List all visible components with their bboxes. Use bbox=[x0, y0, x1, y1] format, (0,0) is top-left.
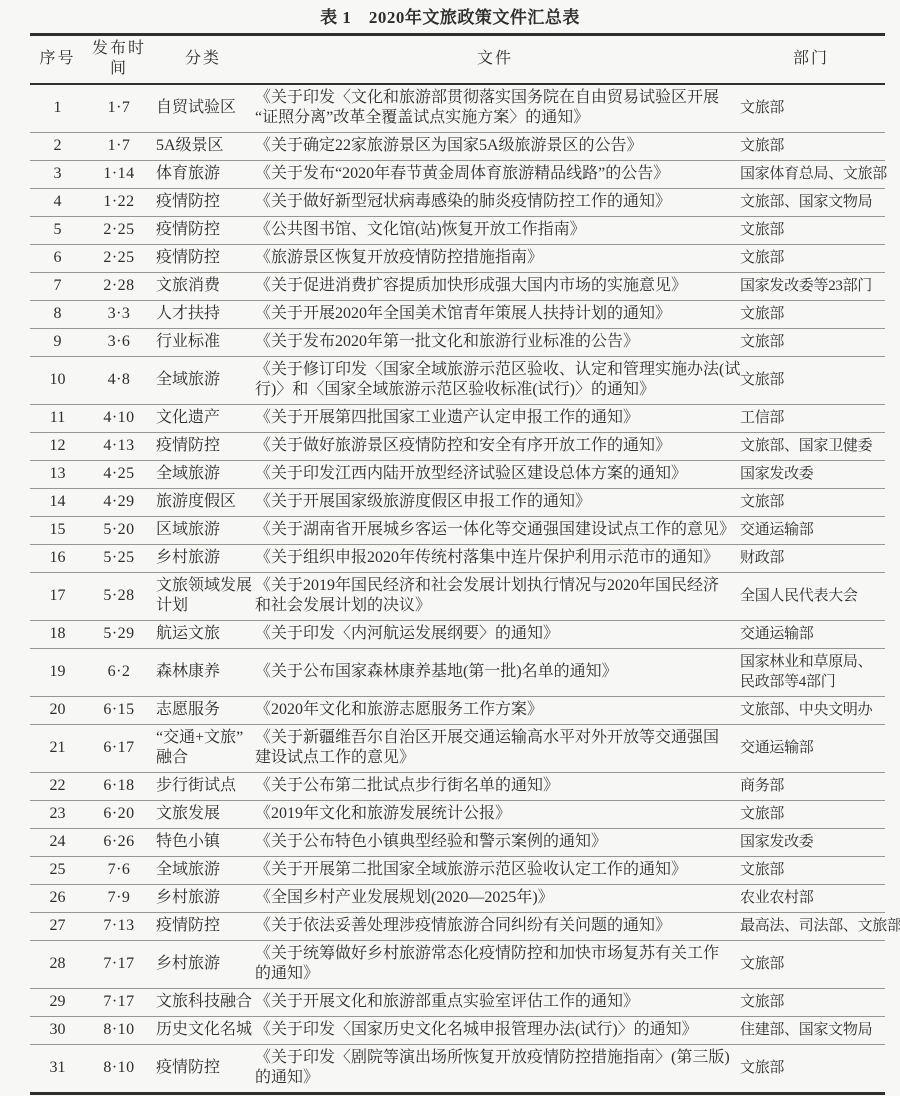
cell-category: 文旅领域发展 计划 bbox=[153, 573, 253, 621]
cell-category: 步行街试点 bbox=[153, 773, 253, 801]
cell-date: 6·15 bbox=[85, 697, 153, 725]
table-row: 29 7·17 文旅科技融合 《关于开展文化和旅游部重点实验室评估工作的通知》 … bbox=[30, 989, 885, 1017]
cell-document: 《关于开展第二批国家全域旅游示范区验收认定工作的通知》 bbox=[253, 857, 737, 885]
cell-no: 16 bbox=[30, 545, 85, 573]
cell-no: 27 bbox=[30, 913, 85, 941]
cell-department: 文旅部 bbox=[737, 989, 885, 1017]
cell-document: 《2020年文化和旅游志愿服务工作方案》 bbox=[253, 697, 737, 725]
cell-no: 14 bbox=[30, 489, 85, 517]
table-row: 10 4·8 全域旅游 《关于修订印发〈国家全域旅游示范区验收、认定和管理实施办… bbox=[30, 357, 885, 405]
table-row: 23 6·20 文旅发展 《2019年文化和旅游发展统计公报》 文旅部 bbox=[30, 801, 885, 829]
table-row: 21 6·17 “交通+文旅” 融合 《关于新疆维吾尔自治区开展交通运输高水平对… bbox=[30, 725, 885, 773]
cell-category: 全域旅游 bbox=[153, 857, 253, 885]
cell-category: 疫情防控 bbox=[153, 217, 253, 245]
cell-date: 8·10 bbox=[85, 1017, 153, 1045]
cell-document: 《关于开展第四批国家工业遗产认定申报工作的通知》 bbox=[253, 405, 737, 433]
cell-category: 乡村旅游 bbox=[153, 941, 253, 989]
cell-category: 文化遗产 bbox=[153, 405, 253, 433]
table-row: 13 4·25 全域旅游 《关于印发江西内陆开放型经济试验区建设总体方案的通知》… bbox=[30, 461, 885, 489]
cell-date: 5·25 bbox=[85, 545, 153, 573]
cell-document: 《关于印发江西内陆开放型经济试验区建设总体方案的通知》 bbox=[253, 461, 737, 489]
cell-department: 文旅部 bbox=[737, 301, 885, 329]
cell-date: 1·14 bbox=[85, 161, 153, 189]
cell-document: 《关于印发〈内河航运发展纲要〉的通知》 bbox=[253, 621, 737, 649]
cell-document: 《关于发布“2020年春节黄金周体育旅游精品线路”的公告》 bbox=[253, 161, 737, 189]
cell-no: 1 bbox=[30, 84, 85, 133]
cell-document: 《关于统筹做好乡村旅游常态化疫情防控和加快市场复苏有关工作 的通知》 bbox=[253, 941, 737, 989]
cell-no: 4 bbox=[30, 189, 85, 217]
cell-date: 7·17 bbox=[85, 941, 153, 989]
cell-date: 6·2 bbox=[85, 649, 153, 697]
cell-category: 文旅科技融合 bbox=[153, 989, 253, 1017]
cell-no: 20 bbox=[30, 697, 85, 725]
cell-document: 《关于新疆维吾尔自治区开展交通运输高水平对外开放等交通强国 建设试点工作的意见》 bbox=[253, 725, 737, 773]
cell-no: 13 bbox=[30, 461, 85, 489]
cell-no: 12 bbox=[30, 433, 85, 461]
cell-department: 文旅部 bbox=[737, 245, 885, 273]
cell-document: 《关于组织申报2020年传统村落集中连片保护利用示范市的通知》 bbox=[253, 545, 737, 573]
cell-no: 10 bbox=[30, 357, 85, 405]
table-row: 3 1·14 体育旅游 《关于发布“2020年春节黄金周体育旅游精品线路”的公告… bbox=[30, 161, 885, 189]
cell-category: 疫情防控 bbox=[153, 913, 253, 941]
cell-no: 2 bbox=[30, 133, 85, 161]
cell-no: 6 bbox=[30, 245, 85, 273]
cell-department: 文旅部 bbox=[737, 489, 885, 517]
cell-department: 财政部 bbox=[737, 545, 885, 573]
table-row: 6 2·25 疫情防控 《旅游景区恢复开放疫情防控措施指南》 文旅部 bbox=[30, 245, 885, 273]
cell-category: 疫情防控 bbox=[153, 245, 253, 273]
cell-category: 特色小镇 bbox=[153, 829, 253, 857]
cell-document: 《关于做好旅游景区疫情防控和安全有序开放工作的通知》 bbox=[253, 433, 737, 461]
cell-no: 21 bbox=[30, 725, 85, 773]
table-row: 9 3·6 行业标准 《关于发布2020年第一批文化和旅游行业标准的公告》 文旅… bbox=[30, 329, 885, 357]
cell-document: 《全国乡村产业发展规划(2020—2025年)》 bbox=[253, 885, 737, 913]
cell-date: 1·7 bbox=[85, 84, 153, 133]
table-row: 2 1·7 5A级景区 《关于确定22家旅游景区为国家5A级旅游景区的公告》 文… bbox=[30, 133, 885, 161]
cell-document: 《关于印发〈文化和旅游部贯彻落实国务院在自由贸易试验区开展 “证照分离”改革全覆… bbox=[253, 84, 737, 133]
cell-document: 《关于发布2020年第一批文化和旅游行业标准的公告》 bbox=[253, 329, 737, 357]
cell-no: 19 bbox=[30, 649, 85, 697]
cell-department: 文旅部 bbox=[737, 857, 885, 885]
cell-no: 24 bbox=[30, 829, 85, 857]
table-body: 1 1·7 自贸试验区 《关于印发〈文化和旅游部贯彻落实国务院在自由贸易试验区开… bbox=[30, 84, 885, 1094]
col-header-category: 分类 bbox=[153, 35, 253, 85]
cell-date: 7·6 bbox=[85, 857, 153, 885]
cell-department: 交通运输部 bbox=[737, 725, 885, 773]
cell-document: 《关于印发〈剧院等演出场所恢复开放疫情防控措施指南〉(第三版) 的通知》 bbox=[253, 1045, 737, 1094]
cell-date: 6·20 bbox=[85, 801, 153, 829]
cell-date: 6·17 bbox=[85, 725, 153, 773]
cell-department: 文旅部 bbox=[737, 133, 885, 161]
table-row: 17 5·28 文旅领域发展 计划 《关于2019年国民经济和社会发展计划执行情… bbox=[30, 573, 885, 621]
cell-date: 5·29 bbox=[85, 621, 153, 649]
cell-document: 《2019年文化和旅游发展统计公报》 bbox=[253, 801, 737, 829]
cell-no: 8 bbox=[30, 301, 85, 329]
cell-category: 森林康养 bbox=[153, 649, 253, 697]
cell-department: 文旅部、国家文物局 bbox=[737, 189, 885, 217]
cell-category: 体育旅游 bbox=[153, 161, 253, 189]
cell-document: 《关于公布国家森林康养基地(第一批)名单的通知》 bbox=[253, 649, 737, 697]
cell-no: 9 bbox=[30, 329, 85, 357]
table-caption: 表 1 2020年文旅政策文件汇总表 bbox=[0, 0, 900, 28]
table-row: 18 5·29 航运文旅 《关于印发〈内河航运发展纲要〉的通知》 交通运输部 bbox=[30, 621, 885, 649]
cell-date: 3·3 bbox=[85, 301, 153, 329]
table-row: 26 7·9 乡村旅游 《全国乡村产业发展规划(2020—2025年)》 农业农… bbox=[30, 885, 885, 913]
cell-date: 7·17 bbox=[85, 989, 153, 1017]
cell-category: 文旅发展 bbox=[153, 801, 253, 829]
cell-date: 3·6 bbox=[85, 329, 153, 357]
col-header-department: 部门 bbox=[737, 35, 885, 85]
cell-date: 1·22 bbox=[85, 189, 153, 217]
cell-department: 全国人民代表大会 bbox=[737, 573, 885, 621]
cell-category: 旅游度假区 bbox=[153, 489, 253, 517]
cell-department: 工信部 bbox=[737, 405, 885, 433]
cell-date: 2·28 bbox=[85, 273, 153, 301]
cell-document: 《关于开展国家级旅游度假区申报工作的通知》 bbox=[253, 489, 737, 517]
cell-no: 23 bbox=[30, 801, 85, 829]
table-row: 4 1·22 疫情防控 《关于做好新型冠状病毒感染的肺炎疫情防控工作的通知》 文… bbox=[30, 189, 885, 217]
cell-department: 国家发改委 bbox=[737, 829, 885, 857]
cell-department: 住建部、国家文物局 bbox=[737, 1017, 885, 1045]
cell-category: 自贸试验区 bbox=[153, 84, 253, 133]
cell-department: 交通运输部 bbox=[737, 517, 885, 545]
cell-category: 疫情防控 bbox=[153, 1045, 253, 1094]
cell-no: 15 bbox=[30, 517, 85, 545]
cell-department: 文旅部 bbox=[737, 84, 885, 133]
cell-no: 30 bbox=[30, 1017, 85, 1045]
cell-category: 疫情防控 bbox=[153, 189, 253, 217]
table-row: 7 2·28 文旅消费 《关于促进消费扩容提质加快形成强大国内市场的实施意见》 … bbox=[30, 273, 885, 301]
cell-document: 《关于修订印发〈国家全域旅游示范区验收、认定和管理实施办法(试 行)〉和〈国家全… bbox=[253, 357, 737, 405]
cell-department: 最高法、司法部、文旅部 bbox=[737, 913, 885, 941]
cell-document: 《关于确定22家旅游景区为国家5A级旅游景区的公告》 bbox=[253, 133, 737, 161]
table-row: 19 6·2 森林康养 《关于公布国家森林康养基地(第一批)名单的通知》 国家林… bbox=[30, 649, 885, 697]
cell-date: 6·26 bbox=[85, 829, 153, 857]
cell-no: 28 bbox=[30, 941, 85, 989]
cell-department: 文旅部 bbox=[737, 941, 885, 989]
cell-date: 7·13 bbox=[85, 913, 153, 941]
cell-department: 文旅部 bbox=[737, 329, 885, 357]
cell-document: 《关于印发〈国家历史文化名城申报管理办法(试行)〉的通知》 bbox=[253, 1017, 737, 1045]
cell-department: 农业农村部 bbox=[737, 885, 885, 913]
col-header-no: 序号 bbox=[30, 35, 85, 85]
table-row: 27 7·13 疫情防控 《关于依法妥善处理涉疫情旅游合同纠纷有关问题的通知》 … bbox=[30, 913, 885, 941]
cell-no: 29 bbox=[30, 989, 85, 1017]
document-page: 表 1 2020年文旅政策文件汇总表 序号 发布时间 分类 文件 部门 1 1·… bbox=[0, 0, 900, 1095]
cell-document: 《关于公布第二批试点步行街名单的通知》 bbox=[253, 773, 737, 801]
table-row: 5 2·25 疫情防控 《公共图书馆、文化馆(站)恢复开放工作指南》 文旅部 bbox=[30, 217, 885, 245]
cell-document: 《公共图书馆、文化馆(站)恢复开放工作指南》 bbox=[253, 217, 737, 245]
cell-category: 志愿服务 bbox=[153, 697, 253, 725]
cell-department: 文旅部、国家卫健委 bbox=[737, 433, 885, 461]
cell-category: 5A级景区 bbox=[153, 133, 253, 161]
table-row: 12 4·13 疫情防控 《关于做好旅游景区疫情防控和安全有序开放工作的通知》 … bbox=[30, 433, 885, 461]
cell-category: 航运文旅 bbox=[153, 621, 253, 649]
table-row: 25 7·6 全域旅游 《关于开展第二批国家全域旅游示范区验收认定工作的通知》 … bbox=[30, 857, 885, 885]
cell-no: 7 bbox=[30, 273, 85, 301]
table-row: 8 3·3 人才扶持 《关于开展2020年全国美术馆青年策展人扶持计划的通知》 … bbox=[30, 301, 885, 329]
cell-date: 2·25 bbox=[85, 245, 153, 273]
table-row: 24 6·26 特色小镇 《关于公布特色小镇典型经验和警示案例的通知》 国家发改… bbox=[30, 829, 885, 857]
cell-department: 文旅部 bbox=[737, 801, 885, 829]
cell-department: 国家体育总局、文旅部 bbox=[737, 161, 885, 189]
table-row: 30 8·10 历史文化名城 《关于印发〈国家历史文化名城申报管理办法(试行)〉… bbox=[30, 1017, 885, 1045]
cell-date: 4·10 bbox=[85, 405, 153, 433]
cell-no: 3 bbox=[30, 161, 85, 189]
cell-date: 4·8 bbox=[85, 357, 153, 405]
cell-department: 文旅部 bbox=[737, 217, 885, 245]
cell-no: 5 bbox=[30, 217, 85, 245]
cell-department: 国家林业和草原局、 民政部等4部门 bbox=[737, 649, 885, 697]
cell-category: “交通+文旅” 融合 bbox=[153, 725, 253, 773]
cell-category: 人才扶持 bbox=[153, 301, 253, 329]
cell-no: 25 bbox=[30, 857, 85, 885]
policy-table: 序号 发布时间 分类 文件 部门 1 1·7 自贸试验区 《关于印发〈文化和旅游… bbox=[30, 33, 885, 1095]
cell-no: 26 bbox=[30, 885, 85, 913]
cell-date: 5·28 bbox=[85, 573, 153, 621]
table-row: 1 1·7 自贸试验区 《关于印发〈文化和旅游部贯彻落实国务院在自由贸易试验区开… bbox=[30, 84, 885, 133]
cell-document: 《关于依法妥善处理涉疫情旅游合同纠纷有关问题的通知》 bbox=[253, 913, 737, 941]
cell-document: 《关于2019年国民经济和社会发展计划执行情况与2020年国民经济 和社会发展计… bbox=[253, 573, 737, 621]
cell-department: 文旅部 bbox=[737, 1045, 885, 1094]
cell-date: 7·9 bbox=[85, 885, 153, 913]
cell-department: 商务部 bbox=[737, 773, 885, 801]
cell-category: 历史文化名城 bbox=[153, 1017, 253, 1045]
cell-no: 22 bbox=[30, 773, 85, 801]
cell-document: 《关于促进消费扩容提质加快形成强大国内市场的实施意见》 bbox=[253, 273, 737, 301]
cell-category: 乡村旅游 bbox=[153, 545, 253, 573]
cell-document: 《关于开展文化和旅游部重点实验室评估工作的通知》 bbox=[253, 989, 737, 1017]
cell-category: 疫情防控 bbox=[153, 433, 253, 461]
cell-document: 《旅游景区恢复开放疫情防控措施指南》 bbox=[253, 245, 737, 273]
cell-category: 乡村旅游 bbox=[153, 885, 253, 913]
cell-category: 文旅消费 bbox=[153, 273, 253, 301]
cell-category: 全域旅游 bbox=[153, 357, 253, 405]
cell-category: 行业标准 bbox=[153, 329, 253, 357]
cell-department: 文旅部、中央文明办 bbox=[737, 697, 885, 725]
cell-date: 4·13 bbox=[85, 433, 153, 461]
cell-no: 31 bbox=[30, 1045, 85, 1094]
cell-document: 《关于开展2020年全国美术馆青年策展人扶持计划的通知》 bbox=[253, 301, 737, 329]
table-row: 11 4·10 文化遗产 《关于开展第四批国家工业遗产认定申报工作的通知》 工信… bbox=[30, 405, 885, 433]
header-row: 序号 发布时间 分类 文件 部门 bbox=[30, 35, 885, 85]
cell-department: 国家发改委等23部门 bbox=[737, 273, 885, 301]
cell-document: 《关于湖南省开展城乡客运一体化等交通强国建设试点工作的意见》 bbox=[253, 517, 737, 545]
table-row: 31 8·10 疫情防控 《关于印发〈剧院等演出场所恢复开放疫情防控措施指南〉(… bbox=[30, 1045, 885, 1094]
table-row: 15 5·20 区域旅游 《关于湖南省开展城乡客运一体化等交通强国建设试点工作的… bbox=[30, 517, 885, 545]
col-header-document: 文件 bbox=[253, 35, 737, 85]
cell-no: 18 bbox=[30, 621, 85, 649]
table-row: 22 6·18 步行街试点 《关于公布第二批试点步行街名单的通知》 商务部 bbox=[30, 773, 885, 801]
table-row: 20 6·15 志愿服务 《2020年文化和旅游志愿服务工作方案》 文旅部、中央… bbox=[30, 697, 885, 725]
cell-date: 6·18 bbox=[85, 773, 153, 801]
cell-document: 《关于做好新型冠状病毒感染的肺炎疫情防控工作的通知》 bbox=[253, 189, 737, 217]
table-row: 14 4·29 旅游度假区 《关于开展国家级旅游度假区申报工作的通知》 文旅部 bbox=[30, 489, 885, 517]
table-row: 16 5·25 乡村旅游 《关于组织申报2020年传统村落集中连片保护利用示范市… bbox=[30, 545, 885, 573]
cell-department: 文旅部 bbox=[737, 357, 885, 405]
cell-date: 1·7 bbox=[85, 133, 153, 161]
cell-category: 区域旅游 bbox=[153, 517, 253, 545]
col-header-date: 发布时间 bbox=[85, 35, 153, 85]
cell-date: 4·25 bbox=[85, 461, 153, 489]
cell-department: 国家发改委 bbox=[737, 461, 885, 489]
cell-no: 11 bbox=[30, 405, 85, 433]
cell-document: 《关于公布特色小镇典型经验和警示案例的通知》 bbox=[253, 829, 737, 857]
cell-date: 4·29 bbox=[85, 489, 153, 517]
cell-date: 8·10 bbox=[85, 1045, 153, 1094]
cell-department: 交通运输部 bbox=[737, 621, 885, 649]
cell-date: 2·25 bbox=[85, 217, 153, 245]
table-row: 28 7·17 乡村旅游 《关于统筹做好乡村旅游常态化疫情防控和加快市场复苏有关… bbox=[30, 941, 885, 989]
cell-date: 5·20 bbox=[85, 517, 153, 545]
cell-no: 17 bbox=[30, 573, 85, 621]
cell-category: 全域旅游 bbox=[153, 461, 253, 489]
